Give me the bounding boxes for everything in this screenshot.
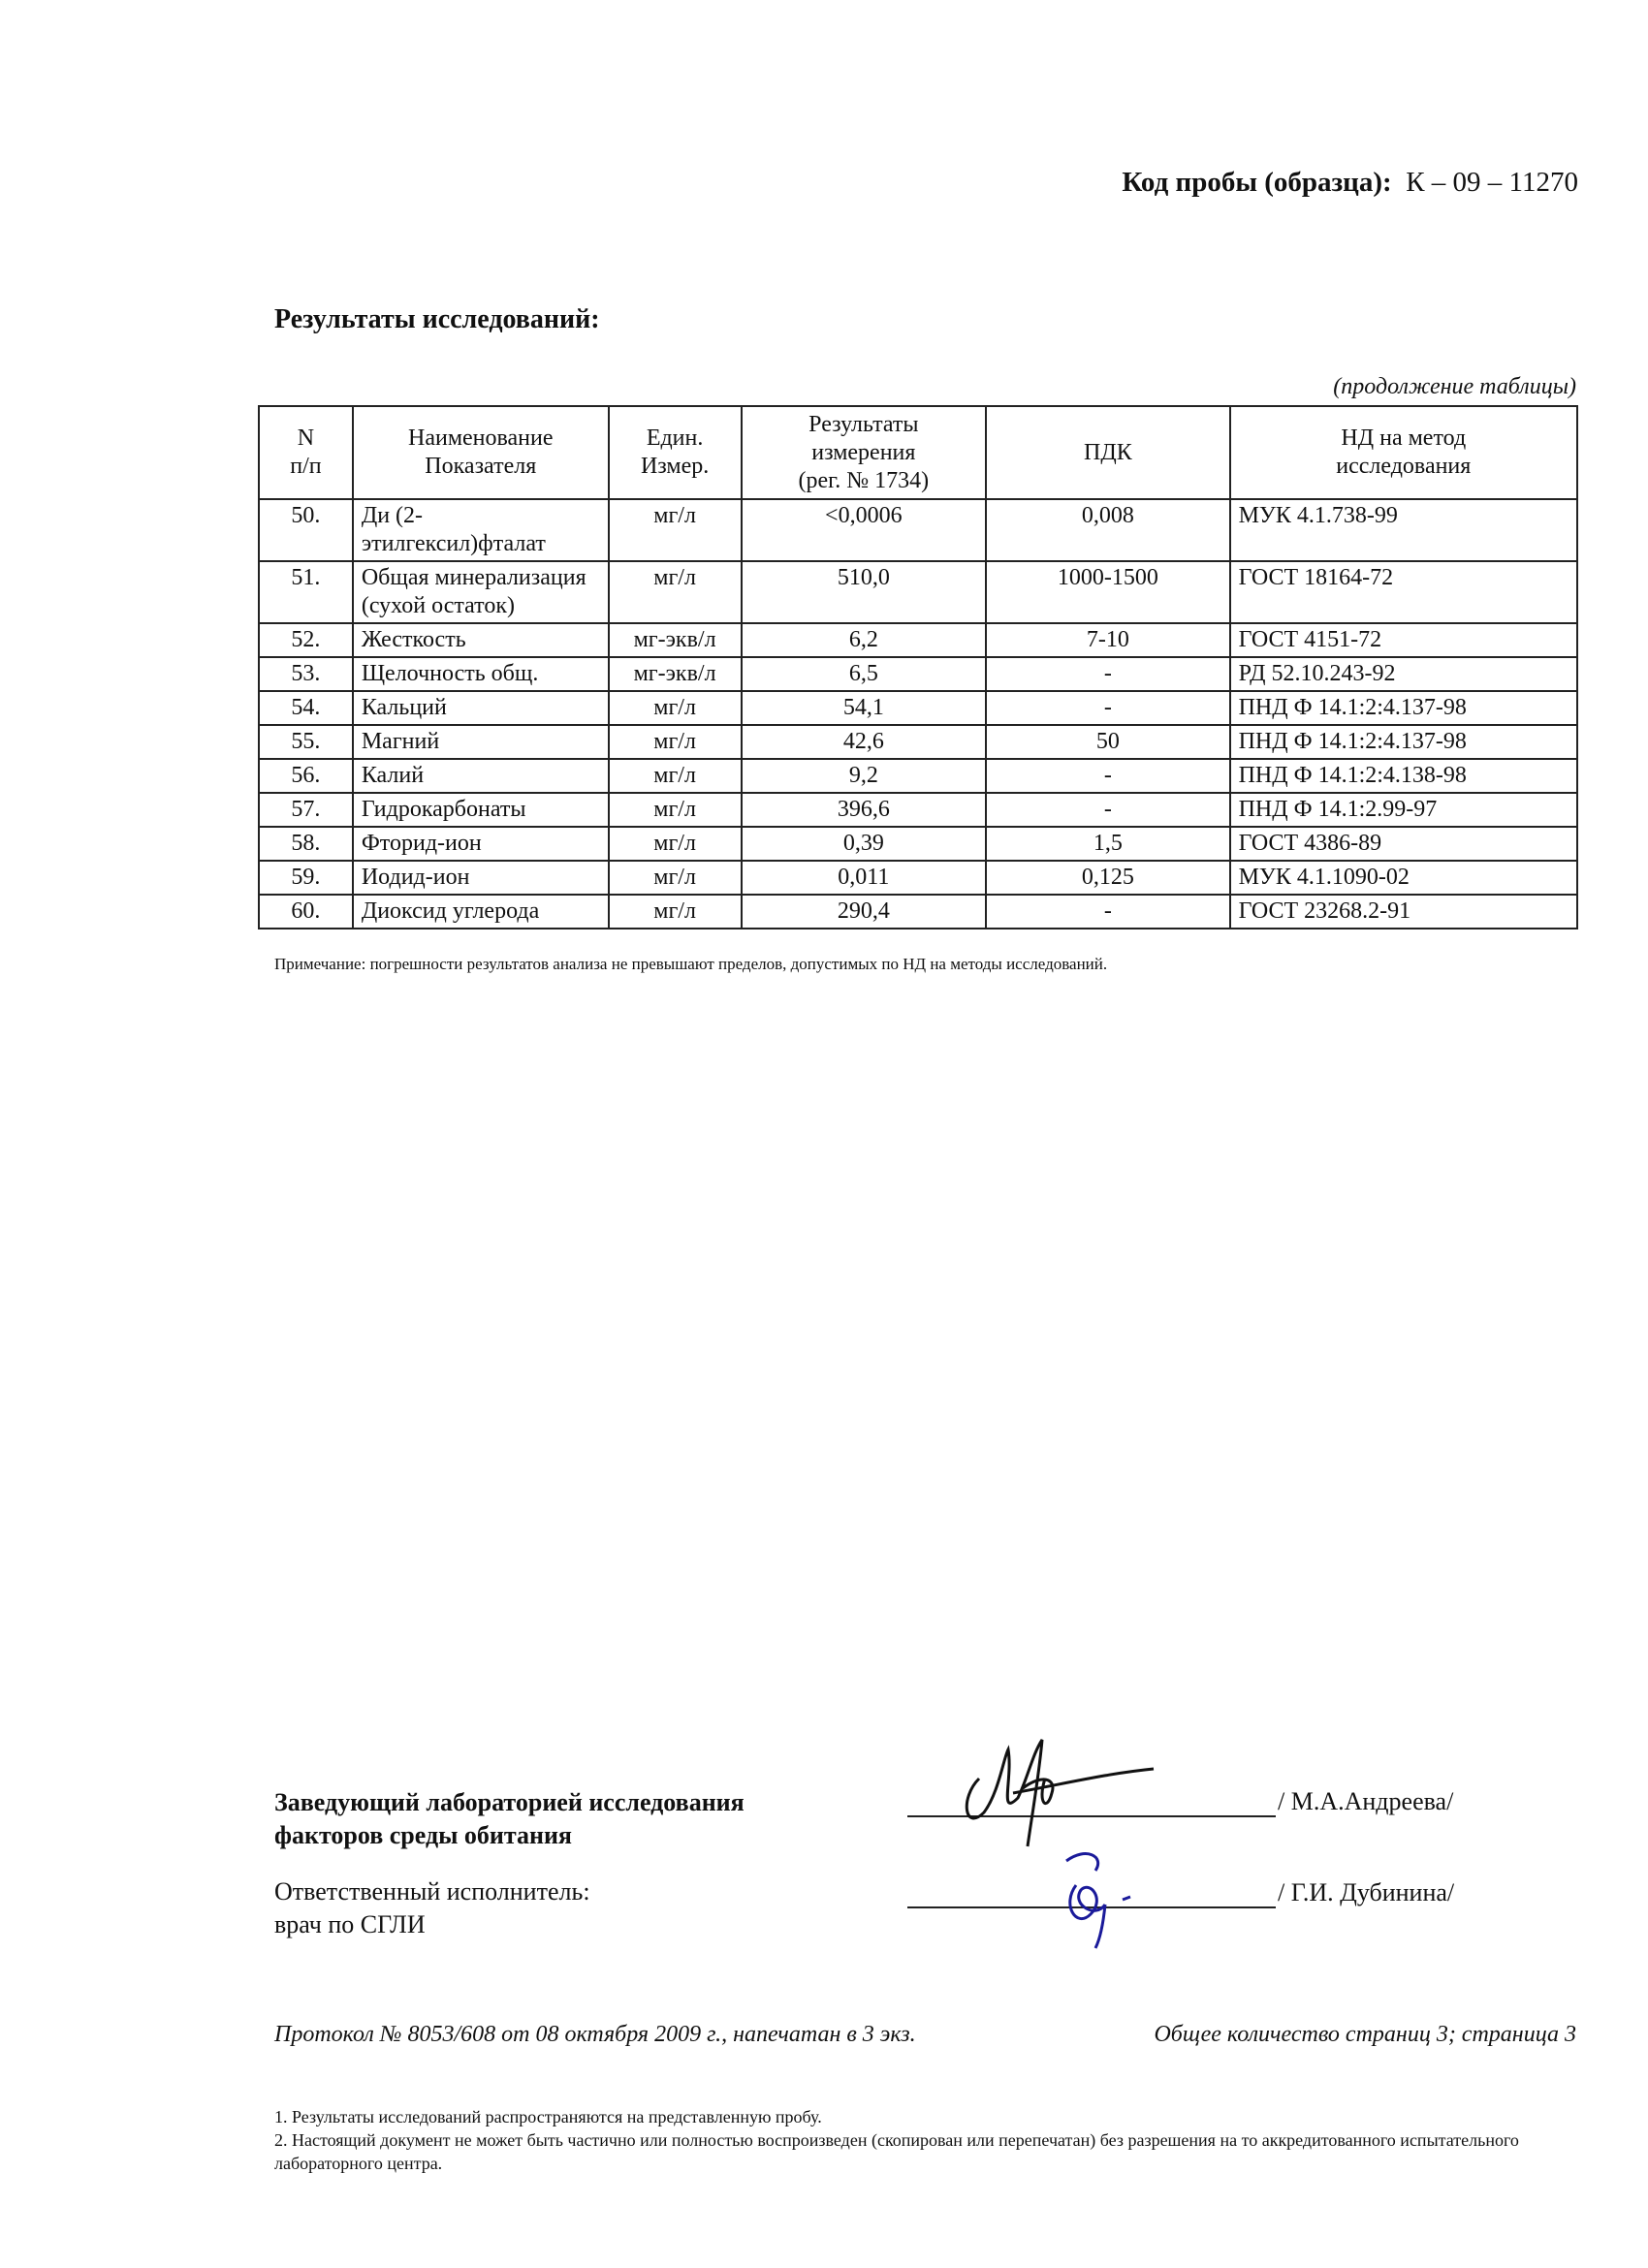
row-num: 54. <box>259 691 353 725</box>
row-method: ГОСТ 18164-72 <box>1230 561 1577 623</box>
footnote-1: 1. Результаты исследований распространяю… <box>274 2105 1593 2128</box>
row-name: Калий <box>353 759 609 793</box>
header-method: НД на методисследования <box>1230 406 1577 499</box>
row-result: 0,39 <box>742 827 987 861</box>
table-row: 53.Щелочность общ.мг-экв/л6,5-РД 52.10.2… <box>259 657 1577 691</box>
row-name: Диоксид углерода <box>353 895 609 929</box>
continuation-note: (продолжение таблицы) <box>1333 374 1576 400</box>
row-num: 50. <box>259 499 353 561</box>
row-result: 6,5 <box>742 657 987 691</box>
row-unit: мг/л <box>609 725 742 759</box>
row-result: 290,4 <box>742 895 987 929</box>
row-pdk: 1,5 <box>986 827 1229 861</box>
header-result: Результатыизмерения(рег. № 1734) <box>742 406 987 499</box>
row-method: ГОСТ 4151-72 <box>1230 623 1577 657</box>
row-method: ПНД Ф 14.1:2.99-97 <box>1230 793 1577 827</box>
responsible-executor-name: / Г.И. Дубинина/ <box>1278 1878 1454 1907</box>
footnote-2: 2. Настоящий документ не может быть част… <box>274 2128 1593 2175</box>
row-result: <0,0006 <box>742 499 987 561</box>
table-row: 54.Кальциймг/л54,1-ПНД Ф 14.1:2:4.137-98 <box>259 691 1577 725</box>
results-table: Nп/п НаименованиеПоказателя Един.Измер. … <box>258 405 1578 929</box>
protocol-info: Протокол № 8053/608 от 08 октября 2009 г… <box>274 2022 916 2048</box>
row-name: Ди (2-этилгексил)фталат <box>353 499 609 561</box>
row-method: ПНД Ф 14.1:2:4.137-98 <box>1230 691 1577 725</box>
table-row: 52.Жесткостьмг-экв/л6,27-10ГОСТ 4151-72 <box>259 623 1577 657</box>
row-num: 60. <box>259 895 353 929</box>
head-of-lab-title: Заведующий лабораторией исследованияфакт… <box>274 1786 745 1852</box>
table-row: 50.Ди (2-этилгексил)фталатмг/л<0,00060,0… <box>259 499 1577 561</box>
row-unit: мг/л <box>609 827 742 861</box>
row-name: Гидрокарбонаты <box>353 793 609 827</box>
row-name: Кальций <box>353 691 609 725</box>
sample-code-label: Код пробы (образца): <box>1122 167 1391 198</box>
row-num: 59. <box>259 861 353 895</box>
row-num: 53. <box>259 657 353 691</box>
row-pdk: - <box>986 793 1229 827</box>
row-unit: мг-экв/л <box>609 623 742 657</box>
table-row: 51.Общая минерализация (сухой остаток)мг… <box>259 561 1577 623</box>
row-pdk: - <box>986 691 1229 725</box>
row-unit: мг/л <box>609 895 742 929</box>
header-num: Nп/п <box>259 406 353 499</box>
table-row: 59.Иодид-ионмг/л0,0110,125МУК 4.1.1090-0… <box>259 861 1577 895</box>
row-method: МУК 4.1.1090-02 <box>1230 861 1577 895</box>
table-note: Примечание: погрешности результатов анал… <box>274 955 1107 974</box>
row-method: ПНД Ф 14.1:2:4.138-98 <box>1230 759 1577 793</box>
row-pdk: 0,008 <box>986 499 1229 561</box>
row-result: 9,2 <box>742 759 987 793</box>
row-name: Жесткость <box>353 623 609 657</box>
header-unit: Един.Измер. <box>609 406 742 499</box>
row-result: 54,1 <box>742 691 987 725</box>
table-row: 57.Гидрокарбонатымг/л396,6-ПНД Ф 14.1:2.… <box>259 793 1577 827</box>
row-name: Магний <box>353 725 609 759</box>
row-name: Фторид-ион <box>353 827 609 861</box>
signature-andreeva-icon <box>931 1720 1163 1856</box>
row-num: 51. <box>259 561 353 623</box>
responsible-executor-title: Ответственный исполнитель:врач по СГЛИ <box>274 1875 590 1941</box>
row-result: 396,6 <box>742 793 987 827</box>
row-pdk: - <box>986 657 1229 691</box>
row-unit: мг/л <box>609 793 742 827</box>
header-pdk: ПДК <box>986 406 1229 499</box>
table-row: 58.Фторид-ионмг/л0,391,5ГОСТ 4386-89 <box>259 827 1577 861</box>
row-pdk: - <box>986 759 1229 793</box>
row-name: Щелочность общ. <box>353 657 609 691</box>
row-result: 42,6 <box>742 725 987 759</box>
row-method: МУК 4.1.738-99 <box>1230 499 1577 561</box>
row-unit: мг-экв/л <box>609 657 742 691</box>
signature-dubinina-icon <box>1047 1846 1183 1953</box>
head-of-lab-name: / М.А.Андреева/ <box>1278 1787 1453 1816</box>
row-unit: мг/л <box>609 499 742 561</box>
row-result: 6,2 <box>742 623 987 657</box>
row-result: 0,011 <box>742 861 987 895</box>
row-method: РД 52.10.243-92 <box>1230 657 1577 691</box>
table-header-row: Nп/п НаименованиеПоказателя Един.Измер. … <box>259 406 1577 499</box>
row-num: 56. <box>259 759 353 793</box>
row-unit: мг/л <box>609 691 742 725</box>
sample-code: Код пробы (образца): К – 09 – 11270 <box>1122 167 1578 199</box>
row-pdk: 0,125 <box>986 861 1229 895</box>
row-num: 55. <box>259 725 353 759</box>
row-pdk: 50 <box>986 725 1229 759</box>
row-method: ПНД Ф 14.1:2:4.137-98 <box>1230 725 1577 759</box>
table-row: 55.Магниймг/л42,650ПНД Ф 14.1:2:4.137-98 <box>259 725 1577 759</box>
row-pdk: - <box>986 895 1229 929</box>
row-pdk: 7-10 <box>986 623 1229 657</box>
row-num: 57. <box>259 793 353 827</box>
row-num: 52. <box>259 623 353 657</box>
footnotes: 1. Результаты исследований распространяю… <box>274 2105 1593 2175</box>
table-row: 60.Диоксид углеродамг/л290,4-ГОСТ 23268.… <box>259 895 1577 929</box>
page-count: Общее количество страниц 3; страница 3 <box>1154 2022 1576 2048</box>
row-name: Общая минерализация (сухой остаток) <box>353 561 609 623</box>
row-unit: мг/л <box>609 561 742 623</box>
row-pdk: 1000-1500 <box>986 561 1229 623</box>
row-num: 58. <box>259 827 353 861</box>
row-result: 510,0 <box>742 561 987 623</box>
results-title: Результаты исследований: <box>274 304 600 335</box>
row-unit: мг/л <box>609 759 742 793</box>
row-method: ГОСТ 23268.2-91 <box>1230 895 1577 929</box>
header-name: НаименованиеПоказателя <box>353 406 609 499</box>
table-row: 56.Калиймг/л9,2-ПНД Ф 14.1:2:4.138-98 <box>259 759 1577 793</box>
sample-code-value: К – 09 – 11270 <box>1406 167 1578 198</box>
row-name: Иодид-ион <box>353 861 609 895</box>
row-method: ГОСТ 4386-89 <box>1230 827 1577 861</box>
row-unit: мг/л <box>609 861 742 895</box>
